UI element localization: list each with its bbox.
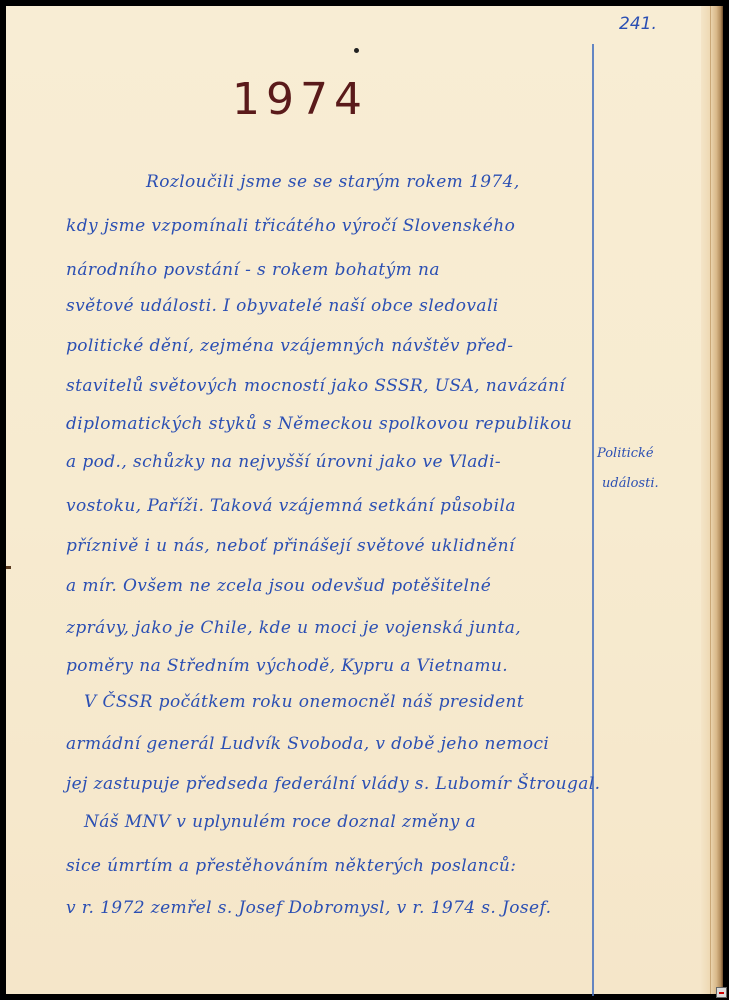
minimize-icon[interactable] [716, 987, 727, 998]
year-heading: 1974 [232, 74, 368, 125]
page-edge-line [710, 6, 711, 994]
margin-rule [592, 44, 594, 996]
text-line: diplomatických styků s Německou spolkovo… [66, 414, 572, 434]
text-line: sice úmrtím a přestěhováním některých po… [66, 856, 516, 876]
text-line: Rozloučili jsme se se starým rokem 1974, [146, 172, 520, 192]
text-line: a mír. Ovšem ne zcela jsou odevšud potěš… [66, 576, 491, 596]
text-line: vostoku, Paříži. Taková vzájemná setkání… [66, 496, 516, 516]
text-line: jej zastupuje předseda federální vlády s… [66, 774, 600, 794]
text-line: kdy jsme vzpomínali třicátého výročí Slo… [66, 216, 515, 236]
text-line: národního povstání - s rokem bohatým na [66, 260, 440, 280]
ink-stain [6, 566, 11, 569]
text-line: politické dění, zejména vzájemných návšt… [66, 336, 513, 356]
margin-note-line: události. [602, 476, 659, 491]
text-line: zprávy, jako je Chile, kde u moci je voj… [66, 618, 521, 638]
text-line: armádní generál Ludvík Svoboda, v době j… [66, 734, 549, 754]
scan-frame: 241. 1974 Rozloučili jsme se se starým r… [0, 0, 729, 1000]
text-line: Náš MNV v uplynulém roce doznal změny a [84, 812, 476, 832]
page-edge [701, 6, 723, 994]
page-number: 241. [619, 14, 657, 34]
text-line: poměry na Středním východě, Kypru a Viet… [66, 656, 508, 676]
text-line: a pod., schůzky na nejvyšší úrovni jako … [66, 452, 501, 472]
text-line: světové události. I obyvatelé naší obce … [66, 296, 499, 316]
text-line: V ČSSR počátkem roku onemocněl náš presi… [84, 692, 524, 712]
text-line: v r. 1972 zemřel s. Josef Dobromysl, v r… [66, 898, 551, 918]
text-line: příznivě i u nás, neboť přinášejí světov… [66, 536, 515, 556]
text-line: stavitelů světových mocností jako SSSR, … [66, 376, 565, 396]
margin-note-line: Politické [597, 446, 654, 461]
ink-dot [354, 48, 359, 53]
